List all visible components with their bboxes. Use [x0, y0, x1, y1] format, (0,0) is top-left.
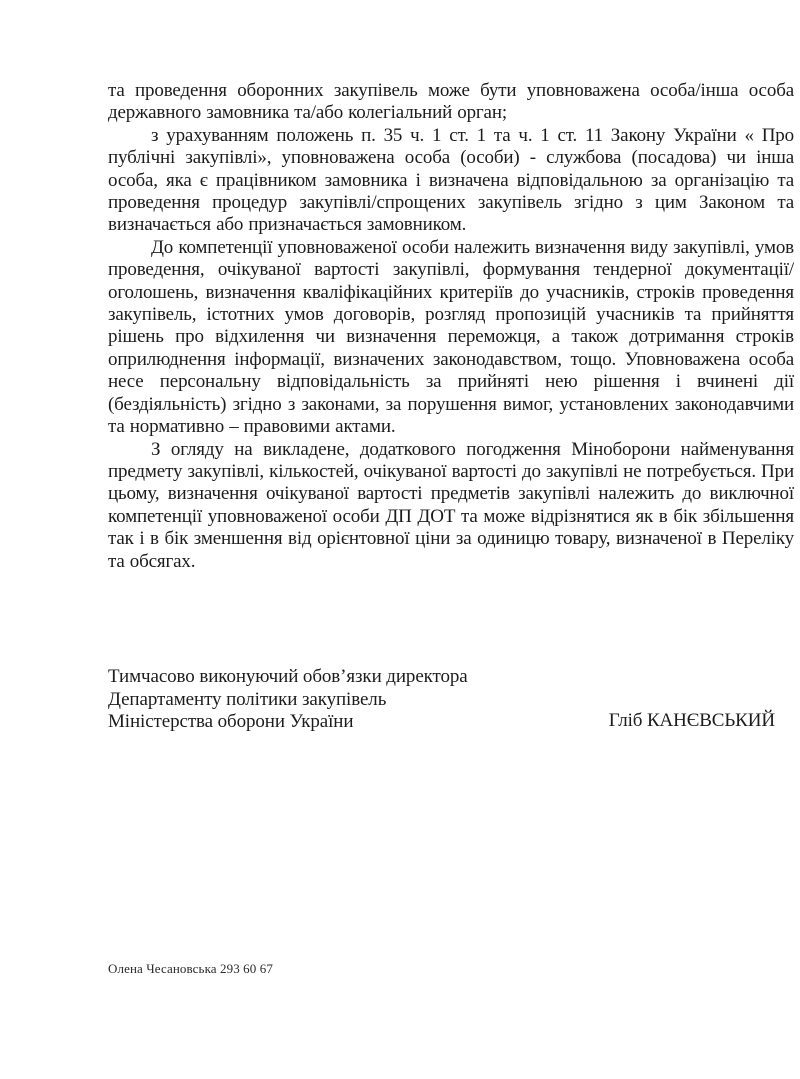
document-page: та проведення оборонних закупівель може … — [0, 0, 800, 1079]
body-paragraph: та проведення оборонних закупівель може … — [108, 80, 794, 125]
signatory-position-line: Тимчасово виконуючий обов’язки директора — [108, 666, 775, 689]
document-body: та проведення оборонних закупівель може … — [108, 80, 794, 573]
body-paragraph: з урахуванням положень п. 35 ч. 1 ст. 1 … — [108, 125, 794, 237]
signatory-position-line: Департаменту політики закупівель — [108, 689, 775, 712]
signatory-name: Гліб КАНЄВСЬКИЙ — [609, 710, 775, 733]
body-paragraph: З огляду на викладене, додаткового погод… — [108, 439, 794, 573]
body-paragraph: До компетенції уповноваженої особи належ… — [108, 237, 794, 439]
signature-block: Тимчасово виконуючий обов’язки директора… — [108, 666, 775, 734]
footer-contact: Олена Чесановська 293 60 67 — [108, 961, 273, 977]
